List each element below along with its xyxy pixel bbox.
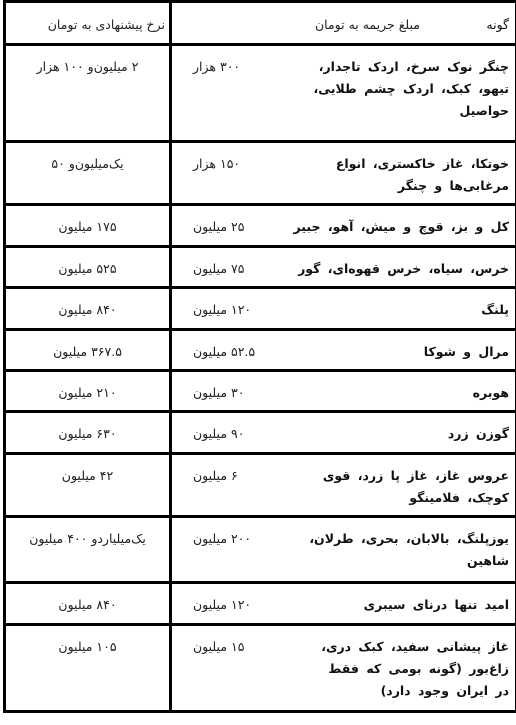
- main-cell: مرال و شوکا ۵۲.۵ میلیون: [172, 331, 515, 369]
- table-row: ۱۰۵ میلیون غاز پیشانی سفید، کبک دری، زاغ…: [6, 626, 515, 713]
- header-proposed-rate: نرخ پیشنهادی به تومان: [6, 3, 172, 43]
- table-row: ۵۲۵ میلیون خرس، سیاه، خرس قهوه‌ای، گور ۷…: [6, 248, 515, 289]
- main-cell: گوزن زرد ۹۰ میلیون: [172, 413, 515, 452]
- table-row: ۸۴۰ میلیون امید تنها درنای سیبری ۱۲۰ میل…: [6, 584, 515, 626]
- proposed-rate-cell: ۱۰۵ میلیون: [6, 626, 172, 710]
- main-cell: پلنگ ۱۲۰ میلیون: [172, 289, 515, 328]
- proposed-rate-value: ۲۱۰ میلیون: [58, 382, 116, 404]
- table-row: ۶۳۰ میلیون گوزن زرد ۹۰ میلیون: [6, 413, 515, 455]
- table-row: ۲۱۰ میلیون هوبره ۳۰ میلیون: [6, 372, 515, 413]
- proposed-rate-cell: یک‌میلیاردو ۴۰۰ میلیون: [6, 518, 172, 581]
- proposed-rate-value: ۵۲۵ میلیون: [58, 258, 116, 280]
- main-cell: کل و بز، قوچ و میش، آهو، جبیر ۲۵ میلیون: [172, 206, 515, 245]
- table-row: ۲ میلیون‌و ۱۰۰ هزار چنگر نوک سرخ، اردک ت…: [6, 46, 515, 143]
- header-proposed-rate-label: نرخ پیشنهادی به تومان: [48, 14, 165, 36]
- species-cell: گوزن زرد: [309, 423, 509, 445]
- fine-cell: ۵۲.۵ میلیون: [193, 341, 303, 363]
- fine-cell: ۲۵ میلیون: [193, 216, 303, 238]
- proposed-rate-value: ۴۲ میلیون: [62, 465, 113, 487]
- fine-cell: ۱۵ میلیون: [193, 636, 303, 658]
- proposed-rate-value: ۸۴۰ میلیون: [58, 299, 116, 321]
- fine-cell: ۱۵۰ هزار: [193, 153, 303, 175]
- table-row: یک‌میلیاردو ۴۰۰ میلیون یوزپلنگ، بالابان،…: [6, 518, 515, 584]
- header-fine: مبلغ جریمه به تومان: [315, 14, 420, 36]
- proposed-rate-cell: ۲۱۰ میلیون: [6, 372, 172, 410]
- table-row: ۴۲ میلیون عروس غاز، غاز پا زرد، قوی کوچک…: [6, 455, 515, 518]
- species-cell: یوزپلنگ، بالابان، بحری، طرلان، شاهین: [309, 528, 509, 572]
- proposed-rate-cell: ۶۳۰ میلیون: [6, 413, 172, 452]
- main-cell: امید تنها درنای سیبری ۱۲۰ میلیون: [172, 584, 515, 623]
- species-cell: خوتکا، غاز خاکستری، انواع مرغابی‌ها و چن…: [309, 153, 509, 197]
- table-row: یک‌میلیون‌و ۵۰ خوتکا، غاز خاکستری، انواع…: [6, 143, 515, 206]
- proposed-rate-value: ۶۳۰ میلیون: [58, 423, 116, 445]
- proposed-rate-value: ۳۶۷.۵ میلیون: [53, 341, 122, 363]
- fine-cell: ۱۲۰ میلیون: [193, 594, 303, 616]
- proposed-rate-value: ۲ میلیون‌و ۱۰۰ هزار: [37, 56, 139, 78]
- fine-cell: ۲۰۰ میلیون: [193, 528, 303, 550]
- proposed-rate-value: ۱۰۵ میلیون: [58, 636, 116, 658]
- proposed-rate-cell: ۸۴۰ میلیون: [6, 584, 172, 623]
- main-cell: چنگر نوک سرخ، اردک تاجدار، تیهو، کبک، ار…: [172, 46, 515, 140]
- main-cell: خرس، سیاه، خرس قهوه‌ای، گور ۷۵ میلیون: [172, 248, 515, 286]
- fines-table: نرخ پیشنهادی به تومان گونه مبلغ جریمه به…: [3, 0, 516, 713]
- header-main: گونه مبلغ جریمه به تومان: [172, 3, 515, 43]
- proposed-rate-cell: ۸۴۰ میلیون: [6, 289, 172, 328]
- main-cell: عروس غاز، غاز پا زرد، قوی کوچک، فلامینگو…: [172, 455, 515, 515]
- table-row: ۸۴۰ میلیون پلنگ ۱۲۰ میلیون: [6, 289, 515, 331]
- main-cell: خوتکا، غاز خاکستری، انواع مرغابی‌ها و چن…: [172, 143, 515, 203]
- fine-cell: ۹۰ میلیون: [193, 423, 303, 445]
- species-cell: کل و بز، قوچ و میش، آهو، جبیر: [289, 216, 509, 238]
- species-cell: چنگر نوک سرخ، اردک تاجدار، تیهو، کبک، ار…: [309, 56, 509, 122]
- main-cell: یوزپلنگ، بالابان، بحری، طرلان، شاهین ۲۰۰…: [172, 518, 515, 581]
- proposed-rate-cell: ۳۶۷.۵ میلیون: [6, 331, 172, 369]
- species-cell: خرس، سیاه، خرس قهوه‌ای، گور: [289, 258, 509, 280]
- fine-cell: ۶ میلیون: [193, 465, 303, 487]
- table-row: ۳۶۷.۵ میلیون مرال و شوکا ۵۲.۵ میلیون: [6, 331, 515, 372]
- proposed-rate-cell: یک‌میلیون‌و ۵۰: [6, 143, 172, 203]
- proposed-rate-value: یک‌میلیون‌و ۵۰: [51, 153, 123, 175]
- table-row: ۱۷۵ میلیون کل و بز، قوچ و میش، آهو، جبیر…: [6, 206, 515, 248]
- species-cell: غاز پیشانی سفید، کبک دری، زاغ‌بور (گونه …: [309, 636, 509, 702]
- fine-cell: ۳۰۰ هزار: [193, 56, 303, 78]
- species-cell: امید تنها درنای سیبری: [309, 594, 509, 616]
- fine-cell: ۱۲۰ میلیون: [193, 299, 303, 321]
- fine-cell: ۷۵ میلیون: [193, 258, 303, 280]
- proposed-rate-cell: ۴۲ میلیون: [6, 455, 172, 515]
- table-header-row: نرخ پیشنهادی به تومان گونه مبلغ جریمه به…: [6, 3, 515, 46]
- proposed-rate-value: ۸۴۰ میلیون: [58, 594, 116, 616]
- proposed-rate-cell: ۲ میلیون‌و ۱۰۰ هزار: [6, 46, 172, 140]
- species-cell: مرال و شوکا: [309, 341, 509, 363]
- proposed-rate-cell: ۱۷۵ میلیون: [6, 206, 172, 245]
- species-cell: عروس غاز، غاز پا زرد، قوی کوچک، فلامینگو: [309, 465, 509, 509]
- main-cell: غاز پیشانی سفید، کبک دری، زاغ‌بور (گونه …: [172, 626, 515, 710]
- proposed-rate-value: ۱۷۵ میلیون: [58, 216, 116, 238]
- fine-cell: ۳۰ میلیون: [193, 382, 303, 404]
- species-cell: هوبره: [309, 382, 509, 404]
- proposed-rate-cell: ۵۲۵ میلیون: [6, 248, 172, 286]
- proposed-rate-value: یک‌میلیاردو ۴۰۰ میلیون: [29, 528, 146, 550]
- main-cell: هوبره ۳۰ میلیون: [172, 372, 515, 410]
- species-cell: پلنگ: [309, 299, 509, 321]
